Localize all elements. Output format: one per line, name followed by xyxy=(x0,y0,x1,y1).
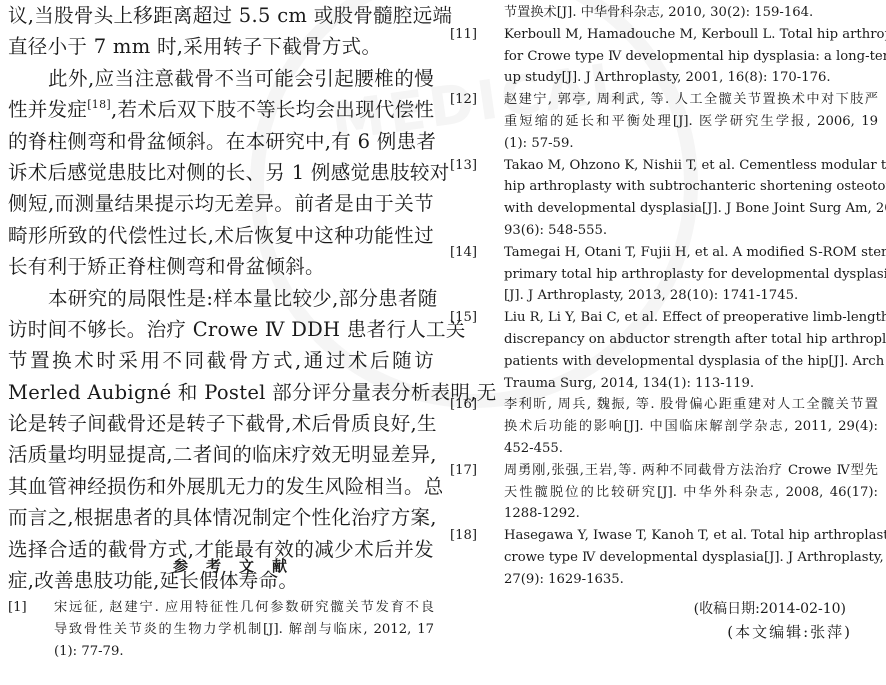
reference-line: 导致骨性关节炎的生物力学机制[J]. 解剖与临床, 2012, 17 xyxy=(54,619,434,641)
reference-line: Hasegawa Y, Iwase T, Kanoh T, et al. Tot… xyxy=(504,525,878,547)
reference-item-13: [13] Takao M, Ohzono K, Nishii T, et al.… xyxy=(450,155,878,242)
body-line: 论是转子间截骨还是转子下截骨,术后骨质良好,生 xyxy=(8,408,434,439)
body-line: 此外,应当注意截骨不当可能会引起腰椎的慢 xyxy=(8,63,434,94)
reference-item-15: [15] Liu R, Li Y, Bai C, et al. Effect o… xyxy=(450,307,878,394)
right-column: 节置换术[J]. 中华骨科杂志, 2010, 30(2): 159-164. [… xyxy=(450,0,878,591)
reference-number: [17] xyxy=(450,460,502,482)
reference-line: 天性髋脱位的比较研究[J]. 中华外科杂志, 2008, 46(17): xyxy=(504,482,878,504)
body-line: 议,当股骨头上移距离超过 5.5 cm 或股骨髓腔远端 xyxy=(8,0,434,31)
reference-number: [13] xyxy=(450,155,502,177)
reference-line: Kerboull M, Hamadouche M, Kerboull L. To… xyxy=(504,24,878,46)
reference-number: [14] xyxy=(450,242,502,264)
reference-line: 节置换术[J]. 中华骨科杂志, 2010, 30(2): 159-164. xyxy=(504,2,878,24)
reference-number: [15] xyxy=(450,307,502,329)
reference-line: up study[J]. J Arthroplasty, 2001, 16(8)… xyxy=(504,67,878,89)
references-heading: 参考文献 xyxy=(8,555,452,576)
paragraph-3: 本研究的局限性是:样本量比较少,部分患者随 访时间不够长。治疗 Crowe Ⅳ … xyxy=(8,283,434,597)
body-line: 直径小于 7 mm 时,采用转子下截骨方式。 xyxy=(8,31,434,62)
body-line: 畸形所致的代偿性过长,术后恢复中这种功能性过 xyxy=(8,220,434,251)
body-line: 的脊柱侧弯和骨盆倾斜。在本研究中,有 6 例患者 xyxy=(8,126,434,157)
body-line: 其血管神经损伤和外展肌无力的发生风险相当。总 xyxy=(8,471,434,502)
reference-number: [18] xyxy=(450,525,502,547)
reference-line: with developmental dysplasia[J]. J Bone … xyxy=(504,198,878,220)
reference-number: [12] xyxy=(450,89,502,111)
body-line-with-citation: 性并发症[18],若术后双下肢不等长均会出现代偿性 xyxy=(8,94,434,125)
reference-item-18: [18] Hasegawa Y, Iwase T, Kanoh T, et al… xyxy=(450,525,878,590)
reference-number: [11] xyxy=(450,24,502,46)
reference-line: Tamegai H, Otani T, Fujii H, et al. A mo… xyxy=(504,242,878,264)
reference-item-17: [17] 周勇刚,张强,王岩,等. 两种不同截骨方法治疗 Crowe Ⅳ型先 天… xyxy=(450,460,878,525)
reference-item-14: [14] Tamegai H, Otani T, Fujii H, et al.… xyxy=(450,242,878,307)
body-line: Merled Aubigné 和 Postel 部分评分量表分析表明,无 xyxy=(8,377,434,408)
paragraph-2: 此外,应当注意截骨不当可能会引起腰椎的慢 性并发症[18],若术后双下肢不等长均… xyxy=(8,63,434,283)
reference-line: crowe type Ⅳ developmental dysplasia[J].… xyxy=(504,547,878,569)
reference-line: 452-455. xyxy=(504,438,878,460)
reference-line: hip arthroplasty with subtrochanteric sh… xyxy=(504,176,878,198)
reference-line: patients with developmental dysplasia of… xyxy=(504,351,878,373)
reference-line: primary total hip arthroplasty for devel… xyxy=(504,264,878,286)
reference-line: 换术后功能的影响[J]. 中国临床解剖学杂志, 2011, 29(4): xyxy=(504,416,878,438)
reference-item-12: [12] 赵建宁, 郭亭, 周利武, 等. 人工全髋关节置换术中对下肢严 重短缩… xyxy=(450,89,878,154)
body-line: 长有利于矫正脊柱侧弯和骨盆倾斜。 xyxy=(8,251,434,282)
reference-line: 赵建宁, 郭亭, 周利武, 等. 人工全髋关节置换术中对下肢严 xyxy=(504,89,878,111)
reference-line: Liu R, Li Y, Bai C, et al. Effect of pre… xyxy=(504,307,878,329)
reference-line: for Crowe type Ⅳ developmental hip dyspl… xyxy=(504,46,878,68)
reference-line: 27(9): 1629-1635. xyxy=(504,569,878,591)
body-line: 活质量均明显提高,二者间的临床疗效无明显差异, xyxy=(8,439,434,470)
reference-line: 宋远征, 赵建宁. 应用特征性几何参数研究髋关节发育不良 xyxy=(54,597,434,619)
reference-line: Trauma Surg, 2014, 134(1): 113-119. xyxy=(504,373,878,395)
editor-credit: (本文编辑:张萍) xyxy=(727,621,852,643)
reference-line: 李利昕, 周兵, 魏振, 等. 股骨偏心距重建对人工全髋关节置 xyxy=(504,394,878,416)
reference-line: Takao M, Ohzono K, Nishii T, et al. Ceme… xyxy=(504,155,878,177)
reference-line: (1): 57-59. xyxy=(504,133,878,155)
reference-item-16: [16] 李利昕, 周兵, 魏振, 等. 股骨偏心距重建对人工全髋关节置 换术后… xyxy=(450,394,878,459)
reference-line: 1288-1292. xyxy=(504,503,878,525)
reference-continuation: 节置换术[J]. 中华骨科杂志, 2010, 30(2): 159-164. xyxy=(450,2,878,24)
reference-line: (1): 77-79. xyxy=(54,641,434,663)
reference-line: 93(6): 548-555. xyxy=(504,220,878,242)
body-line: 访时间不够长。治疗 Crowe Ⅳ DDH 患者行人工关 xyxy=(8,314,434,345)
reference-number: [1] xyxy=(8,597,52,619)
body-line: 而言之,根据患者的具体情况制定个性化治疗方案, xyxy=(8,502,434,533)
reference-line: 重短缩的延长和平衡处理[J]. 医学研究生学报, 2006, 19 xyxy=(504,111,878,133)
reference-line: discrepancy on abductor strength after t… xyxy=(504,329,878,351)
body-line: 本研究的局限性是:样本量比较少,部分患者随 xyxy=(8,283,434,314)
reference-line: [J]. J Arthroplasty, 2013, 28(10): 1741-… xyxy=(504,285,878,307)
body-line: 侧短,而测量结果提示均无差异。前者是由于关节 xyxy=(8,188,434,219)
left-column: 议,当股骨头上移距离超过 5.5 cm 或股骨髓腔远端 直径小于 7 mm 时,… xyxy=(8,0,434,596)
body-line: 节置换术时采用不同截骨方式,通过术后随访 xyxy=(8,345,434,376)
citation-superscript[interactable]: [18] xyxy=(87,98,111,111)
body-line: 诉术后感觉患肢比对侧的长、另 1 例感觉患肢较对 xyxy=(8,157,434,188)
reference-item-1: [1] 宋远征, 赵建宁. 应用特征性几何参数研究髋关节发育不良 导致骨性关节炎… xyxy=(8,597,434,662)
reference-line: 周勇刚,张强,王岩,等. 两种不同截骨方法治疗 Crowe Ⅳ型先 xyxy=(504,460,878,482)
paragraph-1: 议,当股骨头上移距离超过 5.5 cm 或股骨髓腔远端 直径小于 7 mm 时,… xyxy=(8,0,434,63)
reference-item-11: [11] Kerboull M, Hamadouche M, Kerboull … xyxy=(450,24,878,89)
reference-number: [16] xyxy=(450,394,502,416)
received-date: (收稿日期:2014-02-10) xyxy=(694,598,846,620)
